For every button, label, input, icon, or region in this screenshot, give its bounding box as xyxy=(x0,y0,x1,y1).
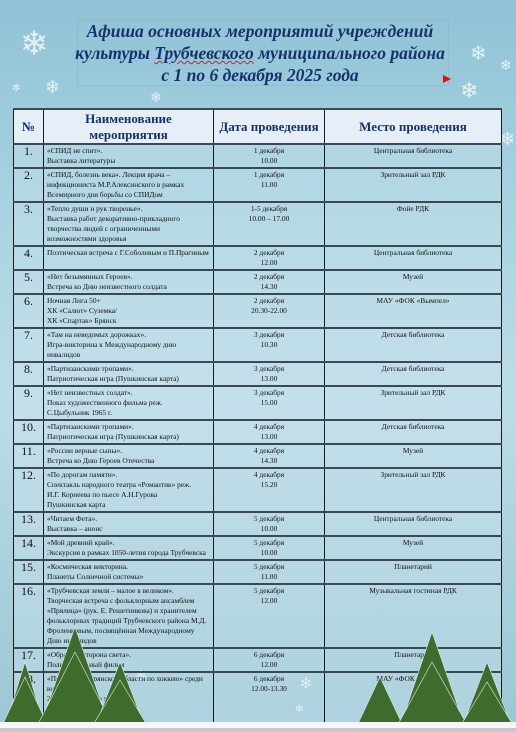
table-row: 6.Ночная Лига 50+ ХК «Салют» Суземка/ ХК… xyxy=(14,294,502,328)
table-row: 18.«Первенство Брянской области по хокке… xyxy=(14,672,502,726)
table-row: 9.«Нет неизвестных солдат». Показ художе… xyxy=(14,386,502,420)
event-date: 1 декабря 11.00 xyxy=(214,168,325,202)
header-date: Дата проведения xyxy=(214,109,325,144)
row-number: 3. xyxy=(14,202,44,246)
event-date: 1-5 декабря 10.00 – 17.00 xyxy=(214,202,325,246)
row-number: 18. xyxy=(14,672,44,726)
event-place: Фойе РДК xyxy=(325,202,502,246)
event-place: Музей xyxy=(325,536,502,560)
event-name: «Трубчевская земля – малое в великом». Т… xyxy=(44,584,214,648)
event-place: Центральная библиотека xyxy=(325,512,502,536)
event-place: Центральная библиотека xyxy=(325,144,502,168)
table-row: 8.«Партизанскими тропами». Патриотическа… xyxy=(14,362,502,386)
row-number: 1. xyxy=(14,144,44,168)
event-name: «Тепло души и рук творенье». Выставка ра… xyxy=(44,202,214,246)
table-row: 2.«СПИД, болезнь века». Лекция врача – и… xyxy=(14,168,502,202)
event-date: 4 декабря 13.00 xyxy=(214,420,325,444)
event-name: «Нет неизвестных солдат». Показ художест… xyxy=(44,386,214,420)
event-date: 5 декабря 10.00 xyxy=(214,536,325,560)
table-row: 1.«СПИД не спит». Выставка литературы1 д… xyxy=(14,144,502,168)
page-title: Афиша основных мероприятий учреждений ку… xyxy=(60,20,460,86)
event-place: МАУ «ФОК «Вымпел» xyxy=(325,294,502,328)
event-date: 3 декабря 13.00 xyxy=(214,362,325,386)
table-row: 7.«Там на неведомых дорожках». Игра-викт… xyxy=(14,328,502,362)
table-row: 11.«России верные сыны». Встреча ко Дню … xyxy=(14,444,502,468)
event-name: «СПИД не спит». Выставка литературы xyxy=(44,144,214,168)
event-name: «Нет безымянных Героев». Встреча ко Дню … xyxy=(44,270,214,294)
event-name: «Космическая викторина. Планеты Солнечно… xyxy=(44,560,214,584)
table-row: 16.«Трубчевская земля – малое в великом»… xyxy=(14,584,502,648)
event-name: «Читаем Фета». Выставка – анонс xyxy=(44,512,214,536)
table-row: 3.«Тепло души и рук творенье». Выставка … xyxy=(14,202,502,246)
event-place: Детская библиотека xyxy=(325,362,502,386)
table-row: 17.«Обратная сторона света». Полнокуполь… xyxy=(14,648,502,672)
row-number: 17. xyxy=(14,648,44,672)
event-place: Зрительный зал РДК xyxy=(325,168,502,202)
event-date: 3 декабря 10.30 xyxy=(214,328,325,362)
event-date: 4 декабря 14.30 xyxy=(214,444,325,468)
event-place: Детская библиотека xyxy=(325,328,502,362)
event-name: «России верные сыны». Встреча ко Дню Гер… xyxy=(44,444,214,468)
title-line-1: Афиша основных мероприятий учреждений xyxy=(60,20,460,42)
title-line-2: культуры Трубчевского муниципального рай… xyxy=(60,42,460,64)
events-table: № Наименование мероприятия Дата проведен… xyxy=(13,108,502,726)
row-number: 2. xyxy=(14,168,44,202)
row-number: 5. xyxy=(14,270,44,294)
row-number: 16. xyxy=(14,584,44,648)
event-date: 1 декабря 10.00 xyxy=(214,144,325,168)
event-name: «По дорогам памяти». Спектакль народного… xyxy=(44,468,214,512)
row-number: 7. xyxy=(14,328,44,362)
event-date: 4 декабря 15.20 xyxy=(214,468,325,512)
table-row: 15.«Космическая викторина. Планеты Солне… xyxy=(14,560,502,584)
table-row: 12.«По дорогам памяти». Спектакль народн… xyxy=(14,468,502,512)
row-number: 14. xyxy=(14,536,44,560)
snowflake-icon: ❄ xyxy=(470,44,487,64)
row-number: 8. xyxy=(14,362,44,386)
event-date: 5 декабря 11.00 xyxy=(214,560,325,584)
snowflake-icon: ❄ xyxy=(500,60,512,74)
event-name: «Партизанскими тропами». Патриотическая … xyxy=(44,362,214,386)
comment-marker-icon[interactable] xyxy=(443,75,451,83)
row-number: 9. xyxy=(14,386,44,420)
title-line-3: с 1 по 6 декабря 2025 года xyxy=(60,64,460,86)
snowflake-icon: ❄ xyxy=(150,92,162,106)
page-bottom-edge xyxy=(0,728,516,732)
event-date: 6 декабря 12.00 xyxy=(214,648,325,672)
spellcheck-word: Трубчевского xyxy=(154,43,254,63)
snowflake-icon: ❄ xyxy=(20,28,49,62)
row-number: 11. xyxy=(14,444,44,468)
row-number: 10. xyxy=(14,420,44,444)
table-header-row: № Наименование мероприятия Дата проведен… xyxy=(14,109,502,144)
event-name: Поэтическая встреча с Г.Соболевым и П.Пр… xyxy=(44,246,214,270)
event-name: «Первенство Брянской области по хоккею» … xyxy=(44,672,214,726)
row-number: 6. xyxy=(14,294,44,328)
event-name: «Партизанскими тропами». Патриотическая … xyxy=(44,420,214,444)
table-row: 14.«Мой древний край». Экскурсия в рамка… xyxy=(14,536,502,560)
event-place: Музей xyxy=(325,444,502,468)
event-name: «Обратная сторона света». Полнокупольный… xyxy=(44,648,214,672)
event-name: «Там на неведомых дорожках». Игра-виктор… xyxy=(44,328,214,362)
row-number: 13. xyxy=(14,512,44,536)
table-row: 4.Поэтическая встреча с Г.Соболевым и П.… xyxy=(14,246,502,270)
table-row: 10.«Партизанскими тропами». Патриотическ… xyxy=(14,420,502,444)
event-name: Ночная Лига 50+ ХК «Салют» Суземка/ ХК «… xyxy=(44,294,214,328)
snowflake-icon: ✻ xyxy=(12,84,20,94)
event-place: Зрительный зал РДК xyxy=(325,386,502,420)
event-place: Детская библиотека xyxy=(325,420,502,444)
event-date: 6 декабря 12.00-13.30 xyxy=(214,672,325,726)
event-date: 2 декабря 20.30-22.00 xyxy=(214,294,325,328)
table-body: 1.«СПИД не спит». Выставка литературы1 д… xyxy=(14,144,502,726)
event-place: МАУ «ФОК «Вымпел» xyxy=(325,672,502,726)
row-number: 12. xyxy=(14,468,44,512)
event-name: «Мой древний край». Экскурсия в рамках 1… xyxy=(44,536,214,560)
event-place: Планетарий xyxy=(325,560,502,584)
snowflake-icon: ❄ xyxy=(500,130,515,148)
event-place: Планетарий xyxy=(325,648,502,672)
table-row: 5.«Нет безымянных Героев». Встреча ко Дн… xyxy=(14,270,502,294)
snowflake-icon: ❄ xyxy=(45,78,60,96)
event-date: 2 декабря 14.30 xyxy=(214,270,325,294)
event-date: 5 декабря 12.00 xyxy=(214,584,325,648)
header-place: Место проведения xyxy=(325,109,502,144)
row-number: 15. xyxy=(14,560,44,584)
header-event-name: Наименование мероприятия xyxy=(44,109,214,144)
event-place: Центральная библиотека xyxy=(325,246,502,270)
table-row: 13.«Читаем Фета». Выставка – анонс5 дека… xyxy=(14,512,502,536)
event-place: Музей xyxy=(325,270,502,294)
event-date: 5 декабря 10.00 xyxy=(214,512,325,536)
event-place: Зрительный зал РДК xyxy=(325,468,502,512)
snowflake-icon: ❄ xyxy=(460,80,478,102)
event-name: «СПИД, болезнь века». Лекция врача – инф… xyxy=(44,168,214,202)
row-number: 4. xyxy=(14,246,44,270)
event-place: Музыкальная гостиная РДК xyxy=(325,584,502,648)
header-number: № xyxy=(14,109,44,144)
event-date: 3 декабря 15.00 xyxy=(214,386,325,420)
event-date: 2 декабря 12.00 xyxy=(214,246,325,270)
